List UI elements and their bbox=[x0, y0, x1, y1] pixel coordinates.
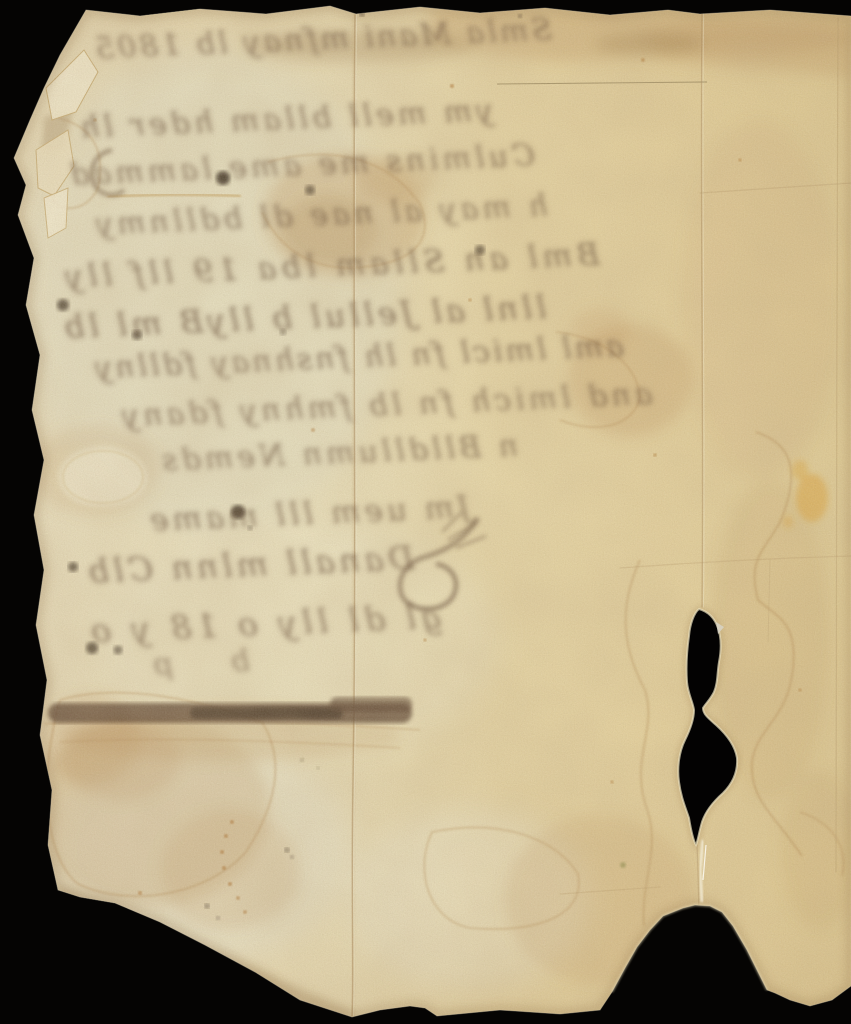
ink-smear-tip bbox=[330, 697, 412, 712]
rust-speck bbox=[230, 820, 234, 824]
scanned-letter-page: Smla Mani mfnay lb 1805ym mell bllam hde… bbox=[0, 0, 851, 1024]
rust-speck bbox=[236, 896, 240, 900]
olive-speck bbox=[620, 862, 626, 868]
rust-speck bbox=[138, 891, 142, 895]
ink-blot bbox=[285, 848, 290, 853]
rust-speck bbox=[469, 299, 472, 302]
ink-blot bbox=[205, 904, 210, 909]
ink-blot bbox=[216, 916, 220, 920]
ink-blot bbox=[305, 185, 315, 195]
ink-blot bbox=[290, 855, 294, 859]
ink-blot bbox=[132, 330, 142, 340]
rust-speck bbox=[799, 689, 802, 692]
rust-speck bbox=[228, 882, 232, 886]
rust-speck bbox=[94, 119, 97, 122]
rust-speck bbox=[653, 453, 656, 456]
rust-speck bbox=[220, 850, 224, 854]
rust-speck bbox=[424, 639, 427, 642]
ink-blot bbox=[57, 299, 69, 311]
ink-blot bbox=[86, 642, 98, 654]
ink-blot bbox=[280, 329, 286, 335]
rust-speck bbox=[611, 781, 614, 784]
rust-speck bbox=[739, 159, 742, 162]
rust-speck bbox=[641, 58, 645, 62]
rust-speck bbox=[222, 866, 226, 870]
paper-scan-base bbox=[0, 0, 851, 1024]
rust-speck bbox=[311, 428, 315, 432]
ink-blot bbox=[300, 758, 304, 762]
abrasion-patch bbox=[59, 447, 147, 507]
rust-speck bbox=[224, 834, 228, 838]
rust-speck bbox=[450, 84, 454, 88]
ink-blot bbox=[475, 245, 485, 255]
ink-blot bbox=[518, 14, 522, 18]
ink-blot bbox=[216, 171, 230, 185]
rust-speck bbox=[243, 910, 247, 914]
ink-smear-core bbox=[190, 707, 343, 719]
ink-blot bbox=[248, 526, 253, 531]
ink-blot bbox=[68, 562, 78, 572]
ink-blot bbox=[114, 646, 123, 655]
ink-blot bbox=[231, 505, 245, 519]
ink-blot bbox=[317, 767, 320, 770]
